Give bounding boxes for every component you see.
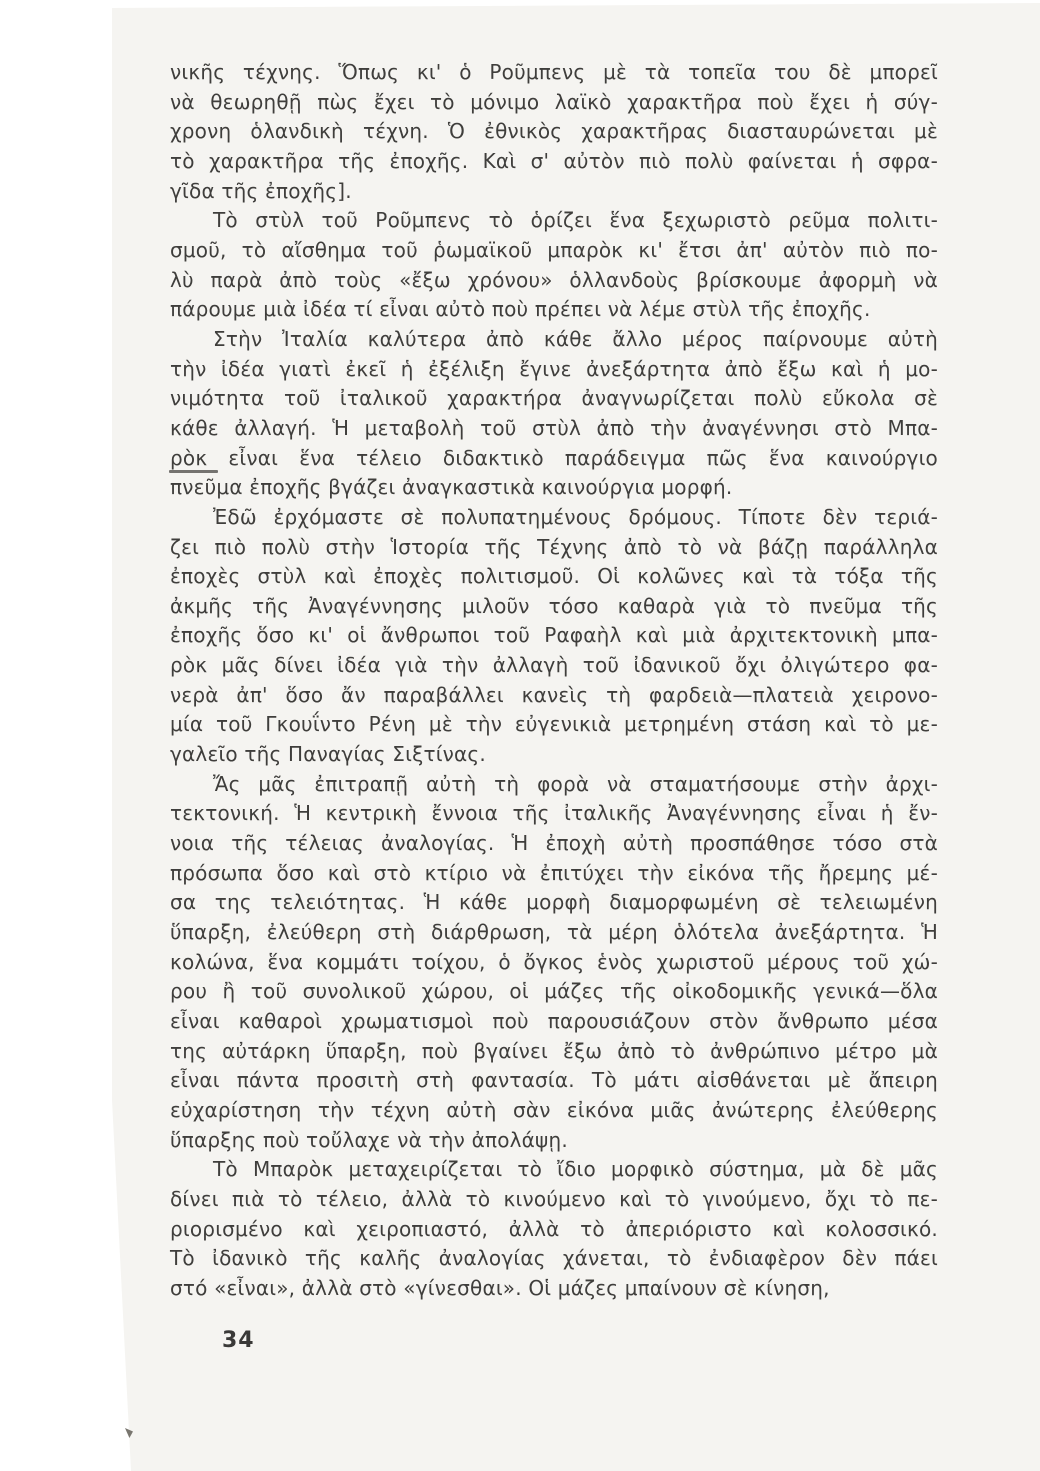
text-line: πάρουμε μιὰ ἰδέα τί εἶναι αὐτὸ ποὺ πρέπε… [170,295,938,325]
text-line: χρονη ὁλανδικὴ τέχνη. Ὁ ἐθνικὸς χαρακτῆρ… [170,117,938,147]
text-line: ρου ἢ τοῦ συνολικοῦ χώρου, οἱ μάζες τῆς … [170,977,938,1007]
text-line: νοια τῆς τέλειας ἀναλογίας. Ἡ ἐποχὴ αὐτὴ… [170,829,938,859]
text-line: ρὸκ μᾶς δίνει ἰδέα γιὰ τὴν ἀλλαγὴ τοῦ ἰδ… [170,651,938,681]
text-line: ὕπαρξη, ἐλεύθερη στὴ διάρθρωση, τὰ μέρη … [170,918,938,948]
text-line: ἐποχὲς στὺλ καὶ ἐποχὲς πολιτισμοῦ. Οἱ κο… [170,562,938,592]
text-line: Ἄς μᾶς ἐπιτραπῇ αὐτὴ τὴ φορὰ νὰ σταματήσ… [170,770,938,800]
text-line: τὸ χαρακτῆρα τῆς ἐποχῆς. Καὶ σ' αὐτὸν πι… [170,147,938,177]
text-line: μία τοῦ Γκουΐντο Ρένη μὲ τὴν εὐγενικιὰ μ… [170,710,938,740]
text-line: της αὐτάρκη ὕπαρξη, ποὺ βγαίνει ἔξω ἀπὸ … [170,1037,938,1067]
text-line: δίνει πιὰ τὸ τέλειο, ἀλλὰ τὸ κινούμενο κ… [170,1185,938,1215]
text-line: σα της τελειότητας. Ἡ κάθε μορφὴ διαμορφ… [170,888,938,918]
text-line: σμοῦ, τὸ αἴσθημα τοῦ ῥωμαϊκοῦ μπαρὸκ κι'… [170,236,938,266]
paragraph: Ἐδῶ ἐρχόμαστε σὲ πολυπατημένους δρόμους.… [170,503,938,770]
text-line: στό «εἶναι», ἀλλὰ στὸ «γίνεσθαι». Οἱ μάζ… [170,1274,938,1304]
text-line: ρὸκ εἶναι ἕνα τέλειο διδακτικὸ παράδειγμ… [170,444,938,474]
text-line: Τὸ στὺλ τοῦ Ροῦμπενς τὸ ὁρίζει ἕνα ξεχωρ… [170,206,938,236]
text-line: ζει πιὸ πολὺ στὴν Ἱστορία τῆς Τέχνης ἀπὸ… [170,533,938,563]
text-line: τεκτονική. Ἡ κεντρικὴ ἔννοια τῆς ἰταλικῆ… [170,799,938,829]
paragraph: Ἄς μᾶς ἐπιτραπῇ αὐτὴ τὴ φορὰ νὰ σταματήσ… [170,770,938,1156]
text-line: ἀκμῆς τῆς Ἀναγέννησης μιλοῦν τόσο καθαρὰ… [170,592,938,622]
text-line: εἶναι καθαροὶ χρωματισμοὶ ποὺ παρουσιάζο… [170,1007,938,1037]
text-line: νερὰ ἀπ' ὅσο ἄν παραβάλλει κανεὶς τὴ φαρ… [170,681,938,711]
text-line: πρόσωπα ὅσο καὶ στὸ κτίριο νὰ ἐπιτύχει τ… [170,859,938,889]
text-line: κολώνα, ἕνα κομμάτι τοίχου, ὁ ὄγκος ἑνὸς… [170,948,938,978]
text-line: εἶναι πάντα προσιτὴ στὴ φαντασία. Τὸ μάτ… [170,1066,938,1096]
text-line: Στὴν Ἰταλία καλύτερα ἀπὸ κάθε ἄλλο μέρος… [170,325,938,355]
paragraph: Στὴν Ἰταλία καλύτερα ἀπὸ κάθε ἄλλο μέρος… [170,325,938,503]
text-line: Τὸ Μπαρὸκ μεταχειρίζεται τὸ ἴδιο μορφικὸ… [170,1155,938,1185]
screenshot-root: νικῆς τέχνης. Ὅπως κι' ὁ Ροῦμπενς μὲ τὰ … [0,0,1040,1471]
text-line: νιμότητα τοῦ ἰταλικοῦ χαρακτήρα ἀναγνωρί… [170,384,938,414]
text-line: ριορισμένο καὶ χειροπιαστό, ἀλλὰ τὸ ἀπερ… [170,1215,938,1245]
text-line: γῖδα τῆς ἐποχῆς]. [170,177,938,207]
text-line: νὰ θεωρηθῇ πὼς ἔχει τὸ μόνιμο λαϊκὸ χαρα… [170,88,938,118]
paragraph: νικῆς τέχνης. Ὅπως κι' ὁ Ροῦμπενς μὲ τὰ … [170,58,938,206]
text-line: γαλεῖο τῆς Παναγίας Σιξτίνας. [170,740,938,770]
page-number: 34 [222,1328,255,1353]
text-line: ὕπαρξης ποὺ τοὔλαχε νὰ τὴν ἀπολάψῃ. [170,1126,938,1156]
text-line: Ἐδῶ ἐρχόμαστε σὲ πολυπατημένους δρόμους.… [170,503,938,533]
print-artifact-line [169,470,218,473]
text-line: τὴν ἰδέα γιατὶ ἐκεῖ ἡ ἐξέλιξη ἔγινε ἀνεξ… [170,355,938,385]
text-line: ἐποχῆς ὅσο κι' οἱ ἄνθρωποι τοῦ Ραφαὴλ κα… [170,621,938,651]
text-line: νικῆς τέχνης. Ὅπως κι' ὁ Ροῦμπενς μὲ τὰ … [170,58,938,88]
paragraph: Τὸ Μπαρὸκ μεταχειρίζεται τὸ ἴδιο μορφικὸ… [170,1155,938,1303]
text-line: πνεῦμα ἐποχῆς βγάζει ἀναγκαστικὰ καινούρ… [170,473,938,503]
text-line: εὐχαρίστηση τὴν τέχνη αὐτὴ σὰν εἰκόνα μι… [170,1096,938,1126]
text-line: Τὸ ἰδανικὸ τῆς καλῆς ἀναλογίας χάνεται, … [170,1244,938,1274]
page-text: νικῆς τέχνης. Ὅπως κι' ὁ Ροῦμπενς μὲ τὰ … [170,58,938,1304]
paragraph: Τὸ στὺλ τοῦ Ροῦμπενς τὸ ὁρίζει ἕνα ξεχωρ… [170,206,938,325]
text-line: λὺ παρὰ ἀπὸ τοὺς «ἔξω χρόνου» ὁλλανδοὺς … [170,266,938,296]
text-line: κάθε ἀλλαγή. Ἡ μεταβολὴ τοῦ στὺλ ἀπὸ τὴν… [170,414,938,444]
